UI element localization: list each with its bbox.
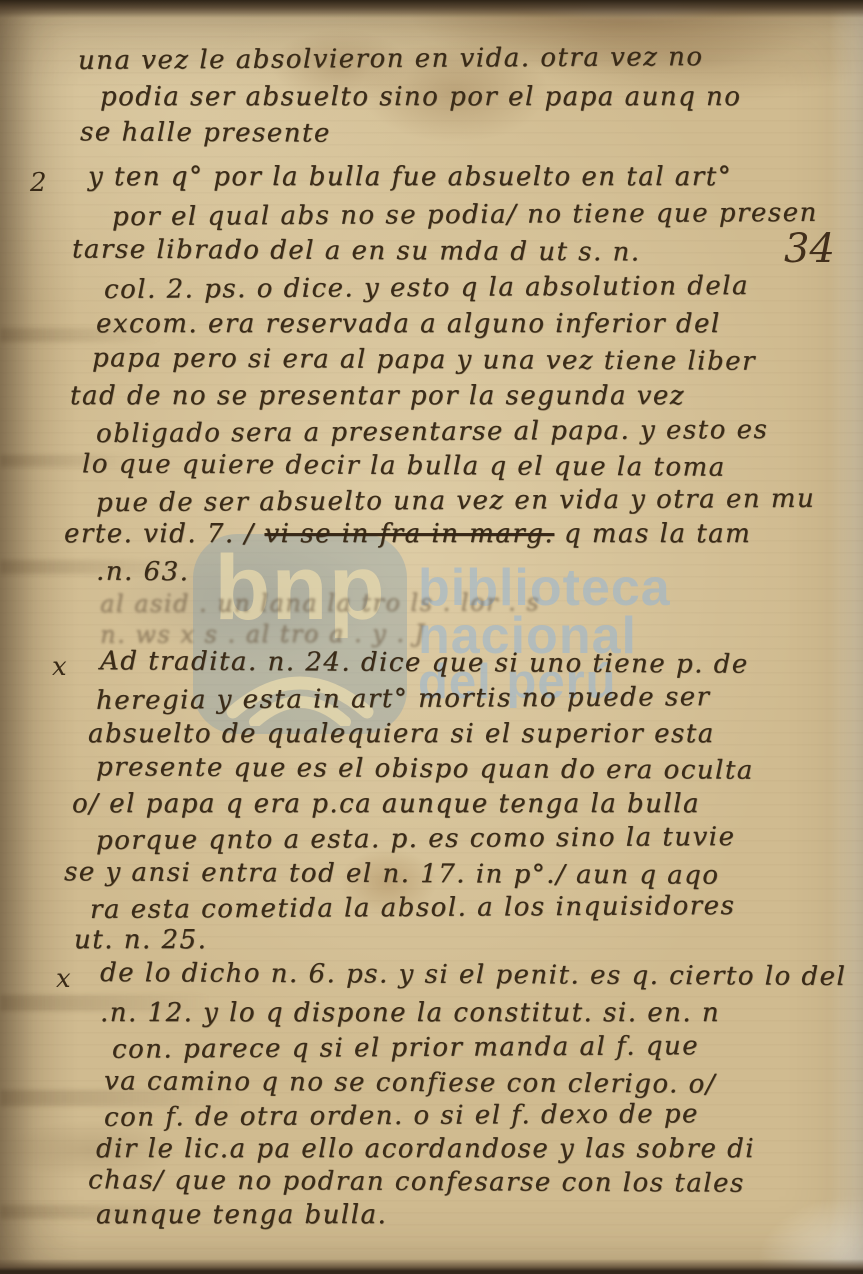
bleedthrough-line: n. ws x s . al tro a . y . J	[100, 619, 426, 649]
manuscript-line: .n. 12. y lo q dispone la constitut. si.…	[100, 998, 720, 1029]
paragraph-margin-mark: x	[52, 652, 67, 682]
manuscript-line: .n. 63.	[96, 557, 190, 589]
struck-text: vi se in fra in marg.	[264, 519, 554, 549]
paragraph-margin-mark: 2	[30, 168, 47, 198]
page-top-edge	[0, 0, 863, 18]
manuscript-line: por el qual abs no se podia/ no tiene qu…	[112, 198, 818, 233]
manuscript-line: absuelto de qualequiera si el superior e…	[88, 719, 715, 750]
manuscript-scan: bnp biblioteca nacional del perú una vez…	[0, 0, 863, 1274]
folio-number: 34	[784, 226, 835, 272]
manuscript-line: lo que quiere decir la bulla q el que la…	[82, 449, 726, 484]
manuscript-line: obligado sera a presentarse al papa. y e…	[96, 415, 768, 450]
manuscript-line: pue de ser absuelto una vez en vida y ot…	[96, 484, 815, 520]
manuscript-line: aunque tenga bulla.	[96, 1200, 387, 1231]
manuscript-line: ut. n. 25.	[74, 925, 207, 956]
handwritten-text-block: una vez le absolvieron en vida. otra vez…	[0, 0, 863, 1274]
manuscript-line: excom. era reservada a alguno inferior d…	[96, 309, 721, 340]
manuscript-line: con. parece q si el prior manda al f. qu…	[112, 1031, 699, 1066]
manuscript-line: podia ser absuelto sino por el papa aunq…	[100, 82, 741, 113]
manuscript-line: con f. de otra orden. o si el f. dexo de…	[104, 1099, 699, 1134]
manuscript-line: col. 2. ps. o dice. y esto q la absoluti…	[104, 271, 749, 306]
manuscript-line: heregia y esta in art° mortis no puede s…	[96, 682, 711, 717]
manuscript-line: presente que es el obispo quan do era oc…	[96, 752, 754, 787]
manuscript-line: de lo dicho n. 6. ps. y si el penit. es …	[100, 958, 846, 993]
line-segment: q mas la tam	[554, 519, 751, 549]
manuscript-line: o/ el papa q era p.ca aunque tenga la bu…	[72, 789, 700, 820]
manuscript-line: se y ansi entra tod el n. 17. in p°./ au…	[64, 857, 720, 892]
manuscript-line: papa pero si era al papa y una vez tiene…	[92, 343, 756, 378]
page-bottom-edge	[0, 1259, 863, 1274]
paragraph-margin-mark: x	[56, 964, 71, 994]
manuscript-line: tad de no se presentar por la segunda ve…	[70, 381, 685, 412]
manuscript-line: tarse librado del a en su mda d ut s. n.	[72, 235, 641, 269]
manuscript-line: va camino q no se confiese con clerigo. …	[104, 1066, 716, 1100]
manuscript-line: porque qnto a esta. p. es como sino la t…	[96, 822, 736, 857]
manuscript-line: una vez le absolvieron en vida. otra vez…	[78, 42, 704, 77]
manuscript-line: chas/ que no podran confesarse con los t…	[88, 1165, 745, 1200]
manuscript-line: y ten q° por la bulla fue absuelto en ta…	[88, 162, 732, 193]
manuscript-line: se halle presente	[80, 117, 331, 150]
bleedthrough-line: al asid . un lana la tro ls . lor . s	[100, 588, 540, 618]
manuscript-line: ra esta cometida la absol. a los inquisi…	[90, 891, 736, 926]
line-segment: erte. vid. 7. /	[64, 519, 264, 549]
manuscript-line-with-strikethrough: erte. vid. 7. / vi se in fra in marg. q …	[64, 519, 751, 550]
manuscript-line: Ad tradita. n. 24. dice que si uno tiene…	[100, 646, 749, 681]
manuscript-line: dir le lic.a pa ello acordandose y las s…	[96, 1134, 755, 1165]
